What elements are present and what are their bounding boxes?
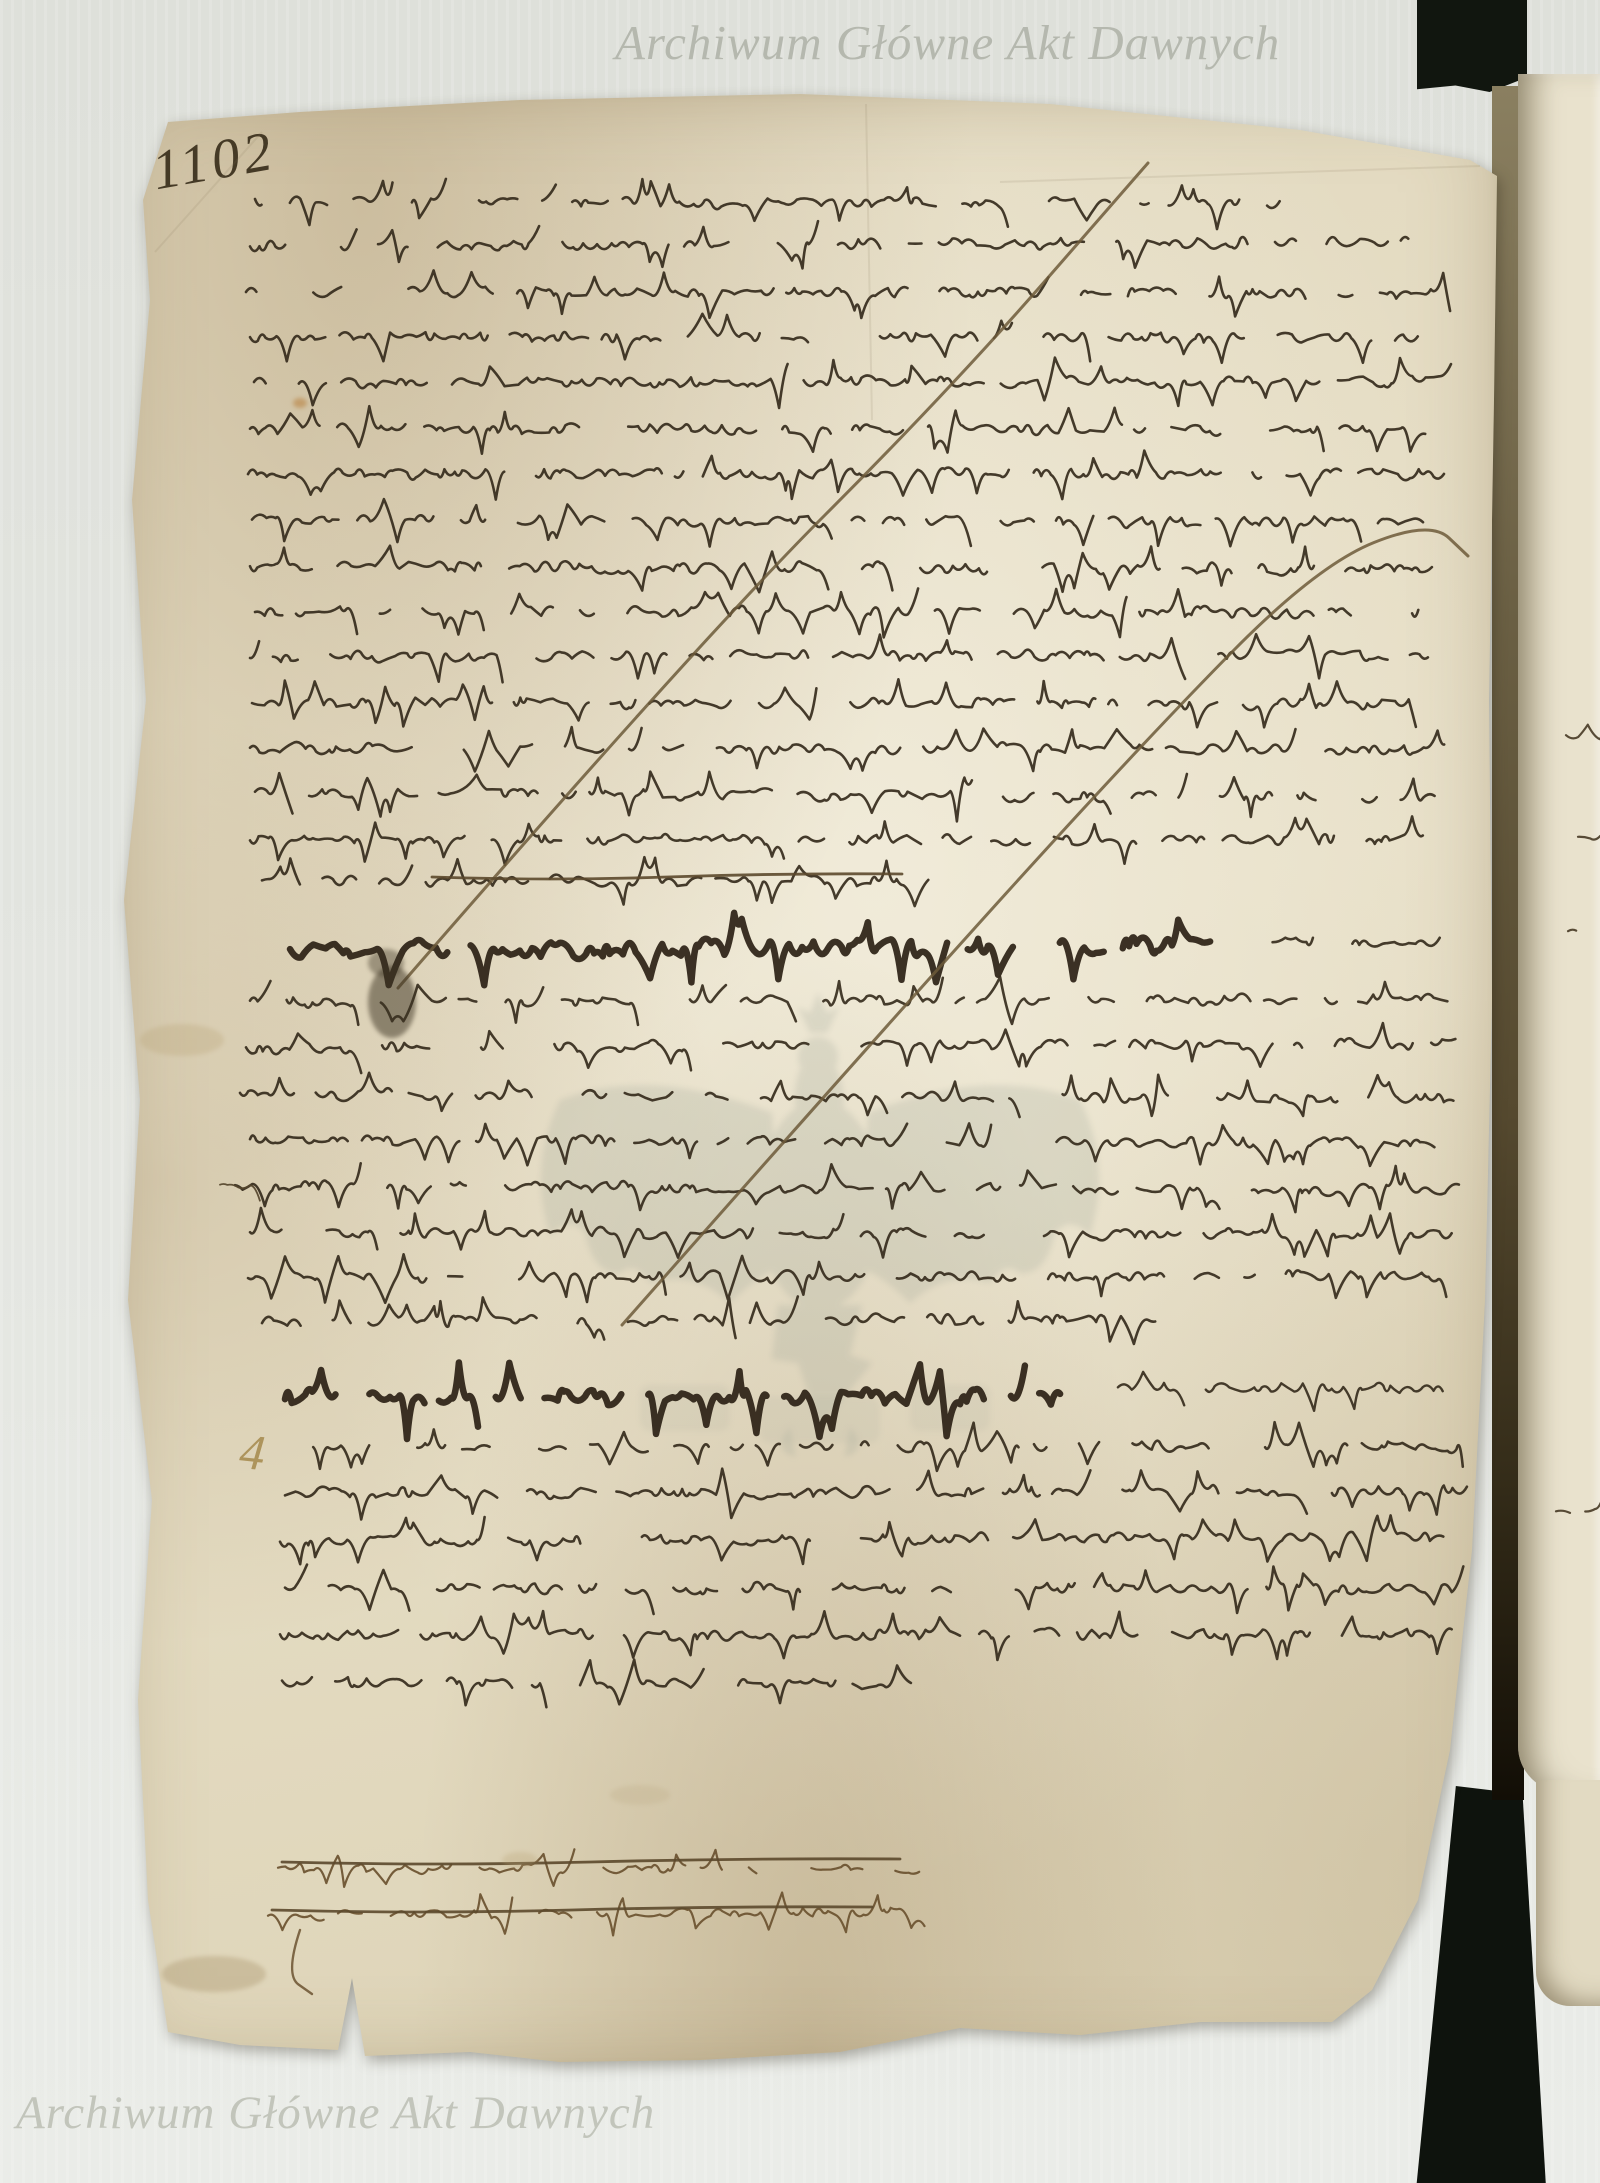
bookmark-strip-bottom	[1408, 1786, 1553, 2183]
scan-background: 1102 4 Archiwum Główne Akt Dawnych Archi…	[0, 0, 1600, 2183]
agad-eagle-watermark	[490, 915, 1140, 1475]
archive-watermark-bottom: Archiwum Główne Akt Dawnych	[16, 2086, 655, 2140]
bookmark-strip-top	[1417, 0, 1527, 92]
manuscript-page: 1102 4	[110, 85, 1505, 2075]
facing-page-edge	[1518, 74, 1600, 1792]
archive-watermark-top: Archiwum Główne Akt Dawnych	[615, 14, 1280, 71]
facing-page-under-sheet	[1536, 1780, 1600, 2006]
